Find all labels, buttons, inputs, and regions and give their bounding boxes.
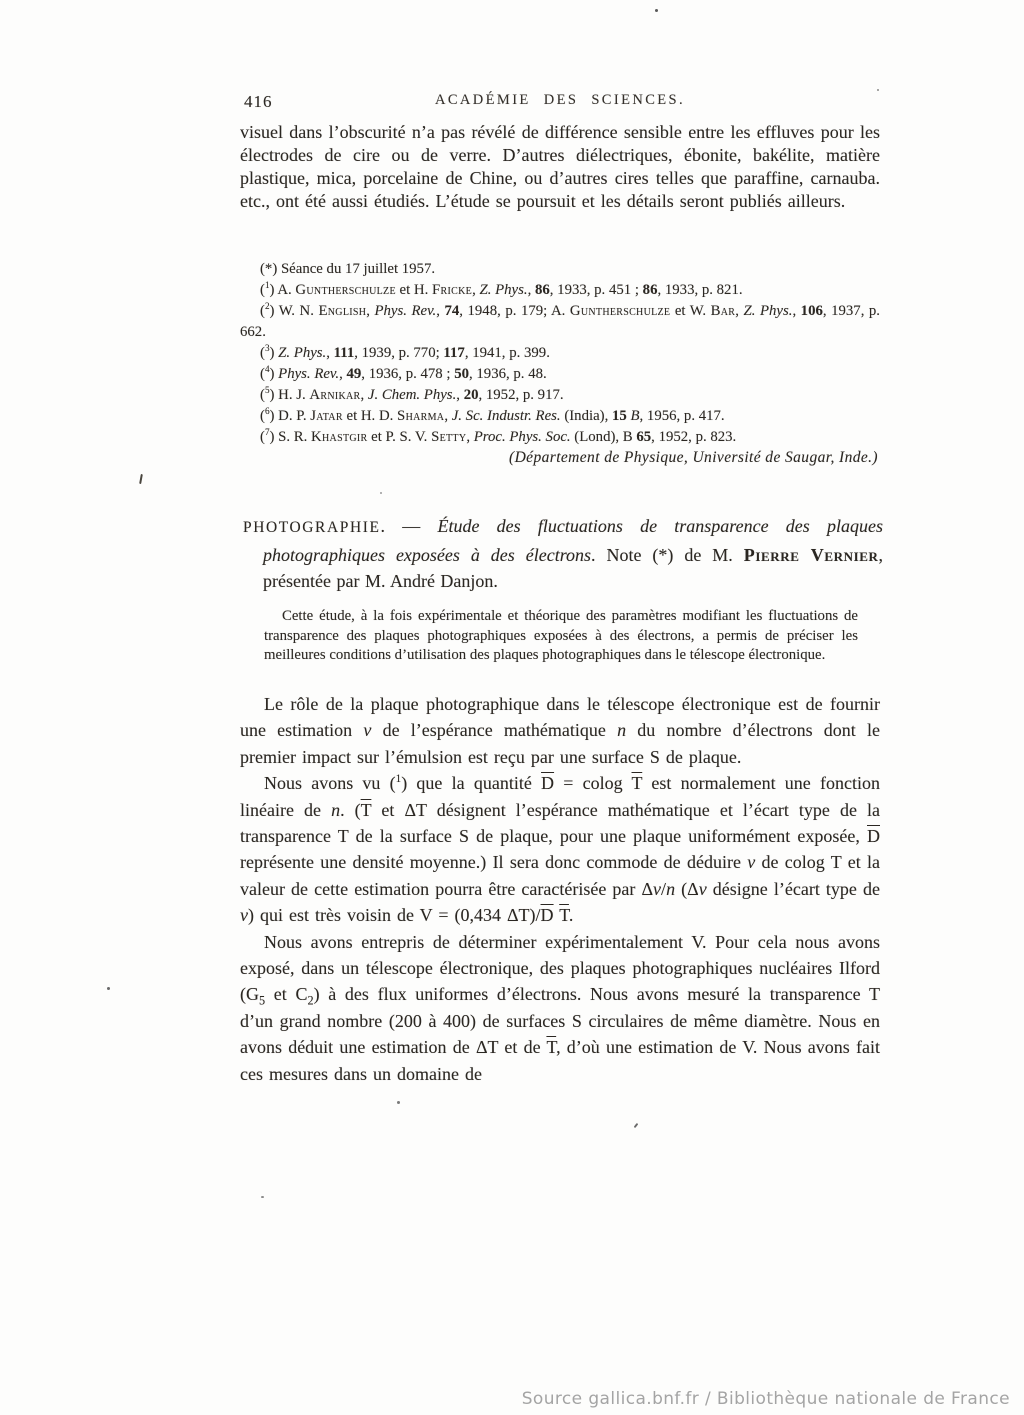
body-paragraph: Nous avons entrepris de déterminer expér… [240,929,880,1087]
body-paragraph: Le rôle de la plaque photographique dans… [240,691,880,770]
footnote-2: (2) W. N. English, Phys. Rev., 74, 1948,… [240,301,880,343]
footnote-6: (6) D. P. Jatar et H. D. Sharma, J. Sc. … [240,406,880,427]
scanned-paper-page: 416 ACADÉMIE DES SCIENCES. visuel dans l… [0,0,1024,1415]
page-header: 416 ACADÉMIE DES SCIENCES. [240,92,880,114]
scan-artifact [107,987,110,990]
footnote-7: (7) S. R. Khastgir et P. S. V. Setty, Pr… [240,427,880,448]
footnote-5: (5) H. J. Arnikar, J. Chem. Phys., 20, 1… [240,385,880,406]
footnote-seance: (*) Séance du 17 juillet 1957. [240,259,880,280]
page-number: 416 [244,92,273,112]
scan-artifact [877,89,879,91]
scan-artifact [139,474,143,484]
footnote-3: (3) Z. Phys., 111, 1939, p. 770; 117, 19… [240,343,880,364]
journal-title: ACADÉMIE DES SCIENCES. [240,92,880,109]
scan-artifact [380,492,382,494]
body-paragraph: Nous avons vu (1) que la quantité D = co… [240,770,880,928]
scan-artifact [634,1123,639,1128]
footnote-1: (1) A. Guntherschulze et H. Fricke, Z. P… [240,280,880,301]
previous-article-ending-paragraph: visuel dans l’obscurité n’a pas révélé d… [240,121,880,213]
article-body: Le rôle de la plaque photographique dans… [240,691,880,1087]
article-heading: PHOTOGRAPHIE. — Étude des fluctuations d… [243,513,883,595]
article-abstract: Cette étude, à la fois expérimentale et … [264,607,858,666]
footnote-4: (4) Phys. Rev., 49, 1936, p. 478 ; 50, 1… [240,364,880,385]
footnotes-block: (*) Séance du 17 juillet 1957. (1) A. Gu… [240,259,880,448]
scan-artifact [261,1196,264,1198]
scan-artifact [397,1101,400,1104]
affiliation-line: (Département de Physique, Université de … [240,449,878,467]
gallica-source-line: Source gallica.bnf.fr / Bibliothèque nat… [522,1389,1010,1409]
scan-artifact [655,9,658,12]
